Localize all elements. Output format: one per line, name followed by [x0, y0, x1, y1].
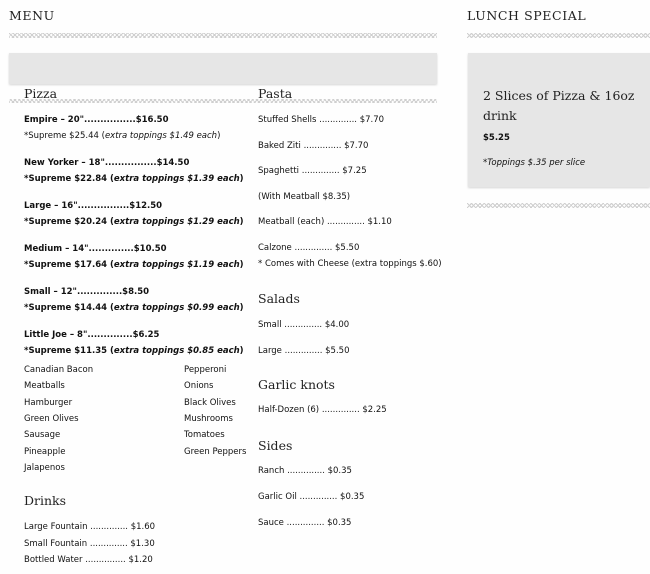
pasta-item: (With Meatball $8.35)	[258, 192, 350, 202]
lunch-special-heading: LUNCH SPECIAL	[467, 8, 586, 23]
topping-item: Pepperoni	[184, 365, 226, 375]
topping-item: Meatballs	[24, 381, 65, 391]
drink-item: Bottled Water ............... $1.20	[24, 555, 153, 565]
pizza-supreme-line: *Supreme $11.35 (extra toppings $0.85 ea…	[24, 346, 244, 356]
topping-item: Green Peppers	[184, 447, 246, 457]
pasta-item: * Comes with Cheese (extra toppings $.60…	[258, 259, 442, 269]
topping-item: Jalapenos	[24, 463, 65, 473]
side-item: Ranch .............. $0.35	[258, 466, 352, 476]
garlic-knots-item: Half-Dozen (6) .............. $2.25	[258, 405, 387, 415]
pizza-supreme-line: *Supreme $25.44 (extra toppings $1.49 ea…	[24, 131, 220, 141]
lunch-special-price: $5.25	[483, 133, 510, 143]
topping-item: Tomatoes	[184, 430, 225, 440]
lunch-special-title: 2 Slices of Pizza & 16oz drink	[483, 86, 643, 126]
topping-item: Green Olives	[24, 414, 79, 424]
pizza-supreme-line: *Supreme $20.24 (extra toppings $1.29 ea…	[24, 217, 244, 227]
menu-banner	[9, 53, 437, 84]
pizza-supreme-line: *Supreme $17.64 (extra toppings $1.19 ea…	[24, 260, 244, 270]
topping-item: Mushrooms	[184, 414, 233, 424]
pizza-supreme-line: *Supreme $14.44 (extra toppings $0.99 ea…	[24, 303, 244, 313]
pasta-item: Meatball (each) .............. $1.10	[258, 217, 392, 227]
lunch-special-note: *Toppings $.35 per slice	[483, 158, 585, 168]
section-divider	[9, 99, 437, 103]
topping-item: Onions	[184, 381, 213, 391]
salad-item: Small .............. $4.00	[258, 320, 349, 330]
topping-item: Canadian Bacon	[24, 365, 93, 375]
salads-title: Salads	[258, 291, 300, 306]
menu-heading: MENU	[9, 8, 55, 23]
topping-item: Black Olives	[184, 398, 236, 408]
pasta-item: Spaghetti .............. $7.25	[258, 166, 367, 176]
sides-title: Sides	[258, 438, 292, 453]
lunch-divider-top	[467, 33, 650, 38]
drink-item: Small Fountain .............. $1.30	[24, 539, 155, 549]
salad-item: Large .............. $5.50	[258, 346, 349, 356]
topping-item: Sausage	[24, 430, 60, 440]
side-item: Sauce .............. $0.35	[258, 518, 351, 528]
pizza-size-price: Empire – 20"................$16.50	[24, 115, 169, 125]
pizza-size-price: Little Joe – 8"..............$6.25	[24, 330, 159, 340]
drink-item: Large Fountain .............. $1.60	[24, 522, 155, 532]
topping-item: Hamburger	[24, 398, 72, 408]
pizza-size-price: New Yorker – 18"................$14.50	[24, 158, 189, 168]
pizza-supreme-line: *Supreme $22.84 (extra toppings $1.39 ea…	[24, 174, 244, 184]
side-item: Garlic Oil .............. $0.35	[258, 492, 364, 502]
pizza-size-price: Small – 12"..............$8.50	[24, 287, 149, 297]
topping-item: Pineapple	[24, 447, 66, 457]
menu-divider	[9, 33, 437, 38]
pizza-size-price: Medium – 14"..............$10.50	[24, 244, 167, 254]
pasta-item: Baked Ziti .............. $7.70	[258, 141, 368, 151]
garlic-knots-title: Garlic knots	[258, 377, 335, 392]
pizza-size-price: Large – 16"................$12.50	[24, 201, 162, 211]
drinks-title: Drinks	[24, 493, 66, 508]
lunch-divider-bottom	[467, 203, 650, 208]
pasta-item: Stuffed Shells .............. $7.70	[258, 115, 384, 125]
pasta-item: Calzone .............. $5.50	[258, 243, 359, 253]
